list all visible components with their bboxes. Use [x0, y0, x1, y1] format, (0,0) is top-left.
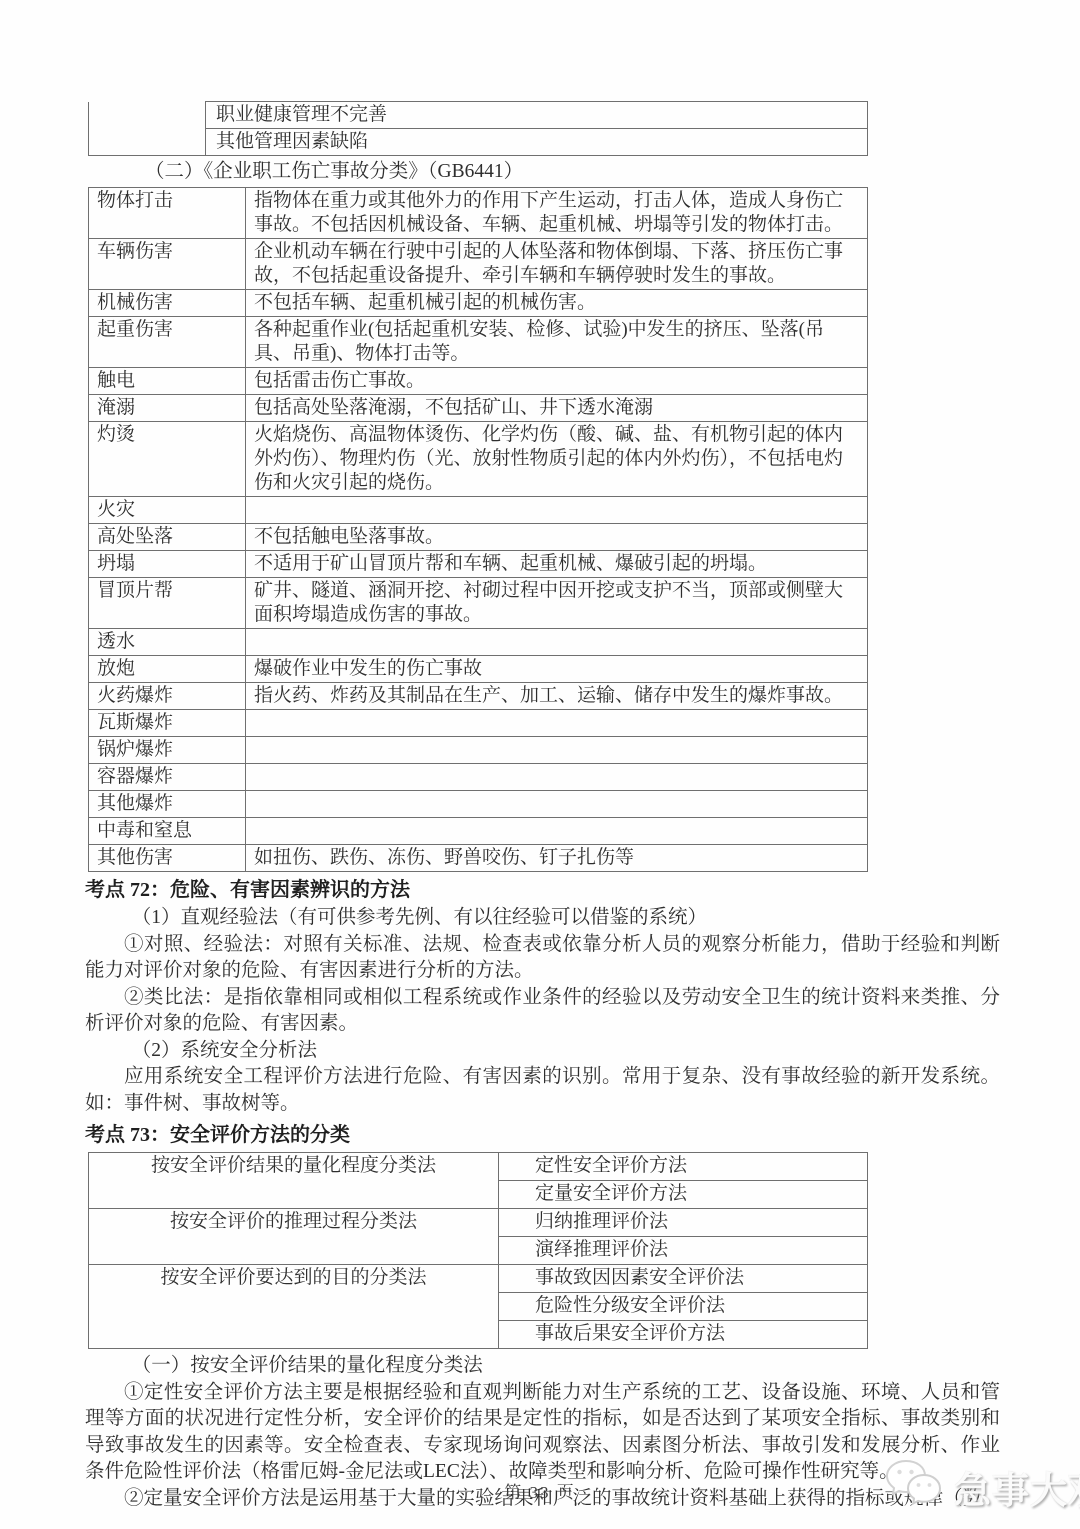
table-row: 车辆伤害企业机动车辆在行驶中引起的人体坠落和物体倒塌、下落、挤压伤亡事故，不包括… [89, 239, 868, 290]
accident-desc-cell [246, 710, 868, 737]
accident-type-cell: 火药爆炸 [89, 683, 246, 710]
accident-desc-cell: 不适用于矿山冒顶片帮和车辆、起重机械、爆破引起的坍塌。 [246, 551, 868, 578]
category-cell: 按安全评价结果的量化程度分类法 [89, 1153, 499, 1209]
category-cell: 按安全评价的推理过程分类法 [89, 1209, 499, 1265]
watermark: 急事大观 [884, 1458, 1080, 1515]
accident-desc-cell: 指火药、炸药及其制品在生产、加工、运输、储存中发生的爆炸事故。 [246, 683, 868, 710]
kaodian-73-heading: 考点 73：安全评价方法的分类 [85, 1121, 1000, 1149]
method-cell: 定量安全评价方法 [499, 1181, 868, 1209]
table-row: 触电包括雷击伤亡事故。 [89, 368, 868, 395]
accident-type-cell: 放炮 [89, 656, 246, 683]
table-cell: 其他管理因素缺陷 [206, 129, 868, 156]
accident-desc-cell: 如扭伤、跌伤、冻伤、野兽咬伤、钉子扎伤等 [246, 845, 868, 872]
accident-desc-cell: 火焰烧伤、高温物体烫伤、化学灼伤（酸、碱、盐、有机物引起的体内外灼伤）、物理灼伤… [246, 422, 868, 497]
accident-desc-cell [246, 629, 868, 656]
table-row: 按安全评价要达到的目的分类法 事故致因因素安全评价法 [89, 1265, 868, 1293]
accident-desc-cell [246, 818, 868, 845]
table-row: 透水 [89, 629, 868, 656]
accident-desc-cell: 企业机动车辆在行驶中引起的人体坠落和物体倒塌、下落、挤压伤亡事故，不包括起重设备… [246, 239, 868, 290]
accident-type-cell: 容器爆炸 [89, 764, 246, 791]
accident-type-cell: 其他爆炸 [89, 791, 246, 818]
method-cell: 事故致因因素安全评价法 [499, 1265, 868, 1293]
table-row: 放炮爆破作业中发生的伤亡事故 [89, 656, 868, 683]
watermark-text: 急事大观 [954, 1460, 1080, 1514]
accident-desc-cell: 指物体在重力或其他外力的作用下产生运动，打击人体，造成人身伤亡事故。不包括因机械… [246, 188, 868, 239]
accident-type-cell: 冒顶片帮 [89, 578, 246, 629]
accident-type-cell: 中毒和窒息 [89, 818, 246, 845]
accident-classification-table: 物体打击指物体在重力或其他外力的作用下产生运动，打击人体，造成人身伤亡事故。不包… [88, 187, 868, 872]
table-row: 坍塌不适用于矿山冒顶片帮和车辆、起重机械、爆破引起的坍塌。 [89, 551, 868, 578]
table-row: 容器爆炸 [89, 764, 868, 791]
table-row: 其他管理因素缺陷 [89, 129, 868, 156]
table-row: 起重伤害各种起重作业(包括起重机安装、检修、试验)中发生的挤压、坠落(吊具、吊重… [89, 317, 868, 368]
table-row: 淹溺包括高处坠落淹溺，不包括矿山、井下透水淹溺 [89, 395, 868, 422]
paragraph: ①定性安全评价方法主要是根据经验和直观判断能力对生产系统的工艺、设备设施、环境、… [85, 1380, 1000, 1486]
category-cell: 按安全评价要达到的目的分类法 [89, 1265, 499, 1349]
accident-type-cell: 触电 [89, 368, 246, 395]
accident-desc-cell [246, 791, 868, 818]
accident-desc-cell: 爆破作业中发生的伤亡事故 [246, 656, 868, 683]
method-cell: 归纳推理评价法 [499, 1209, 868, 1237]
method-cell: 定性安全评价方法 [499, 1153, 868, 1181]
document-page: 职业健康管理不完善 其他管理因素缺陷 （二）《企业职工伤亡事故分类》（GB644… [85, 0, 1000, 1512]
paragraph: 应用系统安全工程评价方法进行危险、有害因素的识别。常用于复杂、没有事故经验的新开… [85, 1064, 1000, 1117]
kaodian-72-heading: 考点 72：危险、有害因素辨识的方法 [85, 876, 1000, 904]
table-cell: 职业健康管理不完善 [206, 102, 868, 129]
table-row: 其他爆炸 [89, 791, 868, 818]
method-cell: 危险性分级安全评价法 [499, 1293, 868, 1321]
table-row: 冒顶片帮矿井、隧道、涵洞开挖、衬砌过程中因开挖或支护不当，顶部或侧壁大面积垮塌造… [89, 578, 868, 629]
table-row: 高处坠落不包括触电坠落事故。 [89, 524, 868, 551]
table-row: 灼烫火焰烧伤、高温物体烫伤、化学灼伤（酸、碱、盐、有机物引起的体内外灼伤）、物理… [89, 422, 868, 497]
table-row: 火灾 [89, 497, 868, 524]
table-row: 机械伤害不包括车辆、起重机械引起的机械伤害。 [89, 290, 868, 317]
accident-type-cell: 其他伤害 [89, 845, 246, 872]
table-row: 职业健康管理不完善 [89, 102, 868, 129]
table-row: 锅炉爆炸 [89, 737, 868, 764]
paragraph: （一）按安全评价结果的量化程度分类法 [85, 1353, 1000, 1380]
table-row: 其他伤害如扭伤、跌伤、冻伤、野兽咬伤、钉子扎伤等 [89, 845, 868, 872]
table-row: 物体打击指物体在重力或其他外力的作用下产生运动，打击人体，造成人身伤亡事故。不包… [89, 188, 868, 239]
empty-cell [89, 102, 206, 156]
accident-desc-cell: 各种起重作业(包括起重机安装、检修、试验)中发生的挤压、坠落(吊具、吊重)、物体… [246, 317, 868, 368]
accident-type-cell: 高处坠落 [89, 524, 246, 551]
accident-type-cell: 瓦斯爆炸 [89, 710, 246, 737]
table-row: 按安全评价的推理过程分类法 归纳推理评价法 [89, 1209, 868, 1237]
table-row: 瓦斯爆炸 [89, 710, 868, 737]
paragraph: ②类比法：是指依靠相同或相似工程系统或作业条件的经验以及劳动安全卫生的统计资料来… [85, 985, 1000, 1038]
method-cell: 演绎推理评价法 [499, 1237, 868, 1265]
evaluation-method-classification-table: 按安全评价结果的量化程度分类法 定性安全评价方法 定量安全评价方法 按安全评价的… [88, 1152, 868, 1349]
wechat-bubbles-icon [884, 1458, 946, 1515]
accident-type-cell: 淹溺 [89, 395, 246, 422]
accident-desc-cell: 不包括触电坠落事故。 [246, 524, 868, 551]
paragraph: （1）直观经验法（有可供参考先例、有以往经验可以借鉴的系统） [85, 905, 1000, 932]
accident-desc-cell: 矿井、隧道、涵洞开挖、衬砌过程中因开挖或支护不当，顶部或侧壁大面积垮塌造成伤害的… [246, 578, 868, 629]
management-factors-continuation-table: 职业健康管理不完善 其他管理因素缺陷 [88, 101, 868, 156]
accident-type-cell: 透水 [89, 629, 246, 656]
accident-desc-cell: 包括雷击伤亡事故。 [246, 368, 868, 395]
accident-type-cell: 坍塌 [89, 551, 246, 578]
section-heading: （二）《企业职工伤亡事故分类》（GB6441） [85, 159, 1000, 185]
accident-type-cell: 火灾 [89, 497, 246, 524]
accident-type-cell: 起重伤害 [89, 317, 246, 368]
accident-type-cell: 车辆伤害 [89, 239, 246, 290]
accident-desc-cell [246, 764, 868, 791]
accident-desc-cell [246, 737, 868, 764]
accident-type-cell: 物体打击 [89, 188, 246, 239]
table-row: 火药爆炸指火药、炸药及其制品在生产、加工、运输、储存中发生的爆炸事故。 [89, 683, 868, 710]
paragraph: ①对照、经验法：对照有关标准、法规、检查表或依靠分析人员的观察分析能力，借助于经… [85, 932, 1000, 985]
accident-type-cell: 锅炉爆炸 [89, 737, 246, 764]
accident-desc-cell [246, 497, 868, 524]
method-cell: 事故后果安全评价方法 [499, 1321, 868, 1349]
accident-type-cell: 灼烫 [89, 422, 246, 497]
accident-desc-cell: 包括高处坠落淹溺，不包括矿山、井下透水淹溺 [246, 395, 868, 422]
table-row: 按安全评价结果的量化程度分类法 定性安全评价方法 [89, 1153, 868, 1181]
accident-desc-cell: 不包括车辆、起重机械引起的机械伤害。 [246, 290, 868, 317]
table-row: 中毒和窒息 [89, 818, 868, 845]
accident-type-cell: 机械伤害 [89, 290, 246, 317]
paragraph: （2）系统安全分析法 [85, 1038, 1000, 1065]
